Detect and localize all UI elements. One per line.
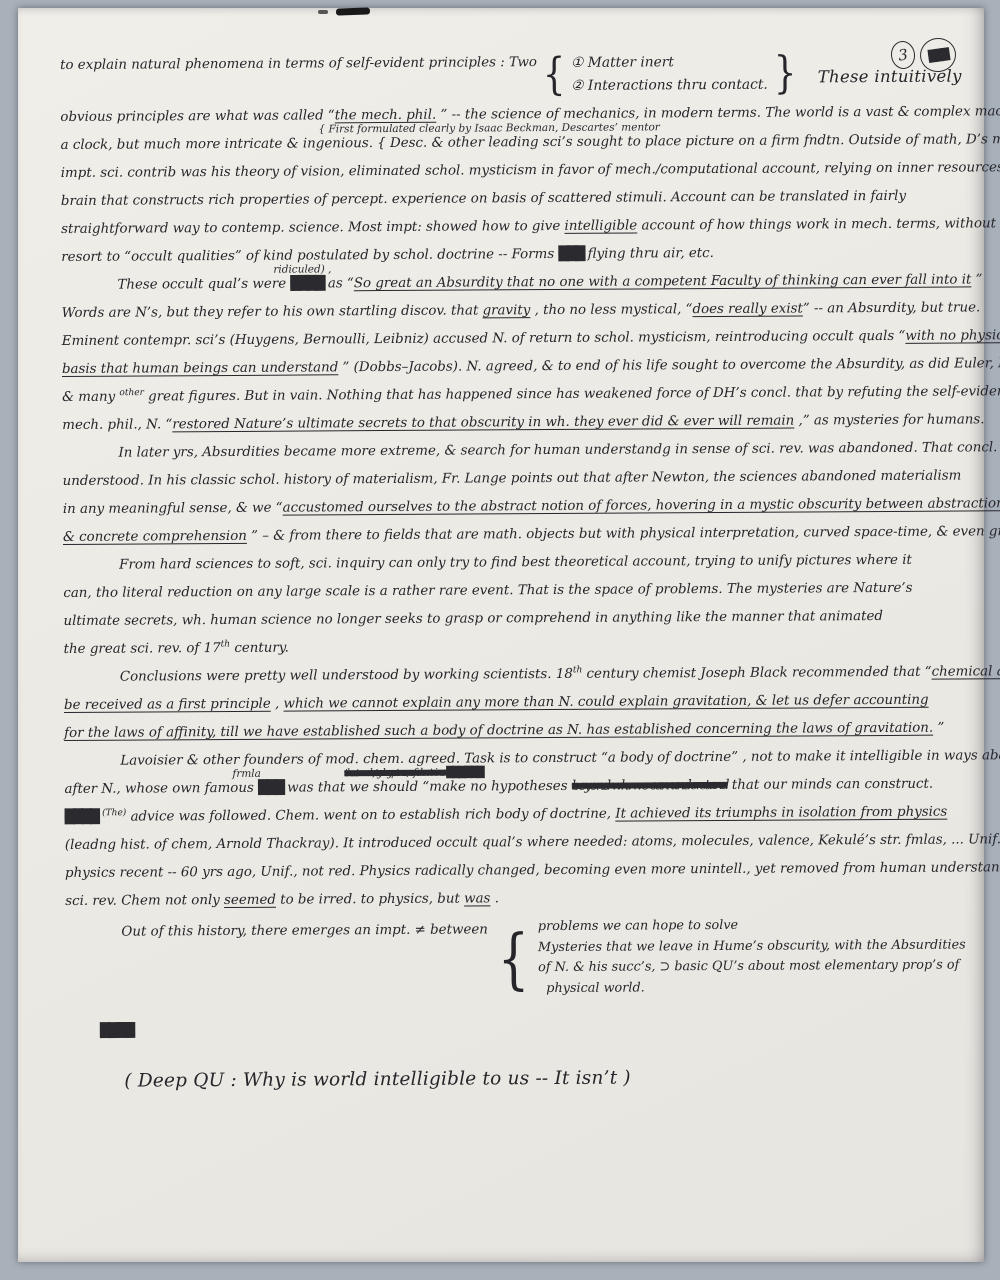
open-brace: { xyxy=(494,917,532,1001)
brace-item-2: ② Interactions thru contact. xyxy=(571,74,768,98)
brace-item-1: ① Matter inert xyxy=(571,51,768,75)
close-brace: } xyxy=(771,47,799,99)
handwritten-line: physics recent -- 60 yrs ago, Unif., not… xyxy=(65,854,969,888)
deep-question-note: ( Deep QU : Why is world intelligible to… xyxy=(124,1062,970,1095)
intro-tail: These intuitively xyxy=(818,62,962,91)
scanned-page: 3 ███ to explain natural phenomena in te… xyxy=(18,8,984,1262)
handwritten-line: sci. rev. Chem not only seemed to be irr… xyxy=(65,882,969,916)
distinction-intro: Out of this history, there emerges an im… xyxy=(65,917,488,946)
handwritten-line: straightforward way to contemp. science.… xyxy=(61,210,965,244)
intro-brace-items: ① Matter inert ② Interactions thru conta… xyxy=(571,48,768,101)
crossed-out-word: ████ xyxy=(100,1012,970,1037)
intro-text: to explain natural phenomena in terms of… xyxy=(60,49,537,80)
brace-item: physical world. xyxy=(538,976,966,999)
scan-smudge xyxy=(318,10,328,14)
brace-item: Mysteries that we leave in Hume’s obscur… xyxy=(538,935,966,958)
intro-line: to explain natural phenomena in terms of… xyxy=(60,46,964,104)
handwritten-line: ultimate secrets, wh. human science no l… xyxy=(63,602,967,636)
distinction-block: Out of this history, there emerges an im… xyxy=(65,914,969,1004)
open-brace: { xyxy=(540,49,568,101)
handwritten-notes: to explain natural phenomena in terms of… xyxy=(60,46,970,1096)
brace-item: of N. & his succ’s, ⊃ basic QU’s about m… xyxy=(538,955,966,978)
brace-item: problems we can hope to solve xyxy=(538,914,966,937)
distinction-items: problems we can hope to solve Mysteries … xyxy=(538,914,966,999)
scan-smudge xyxy=(336,7,370,15)
